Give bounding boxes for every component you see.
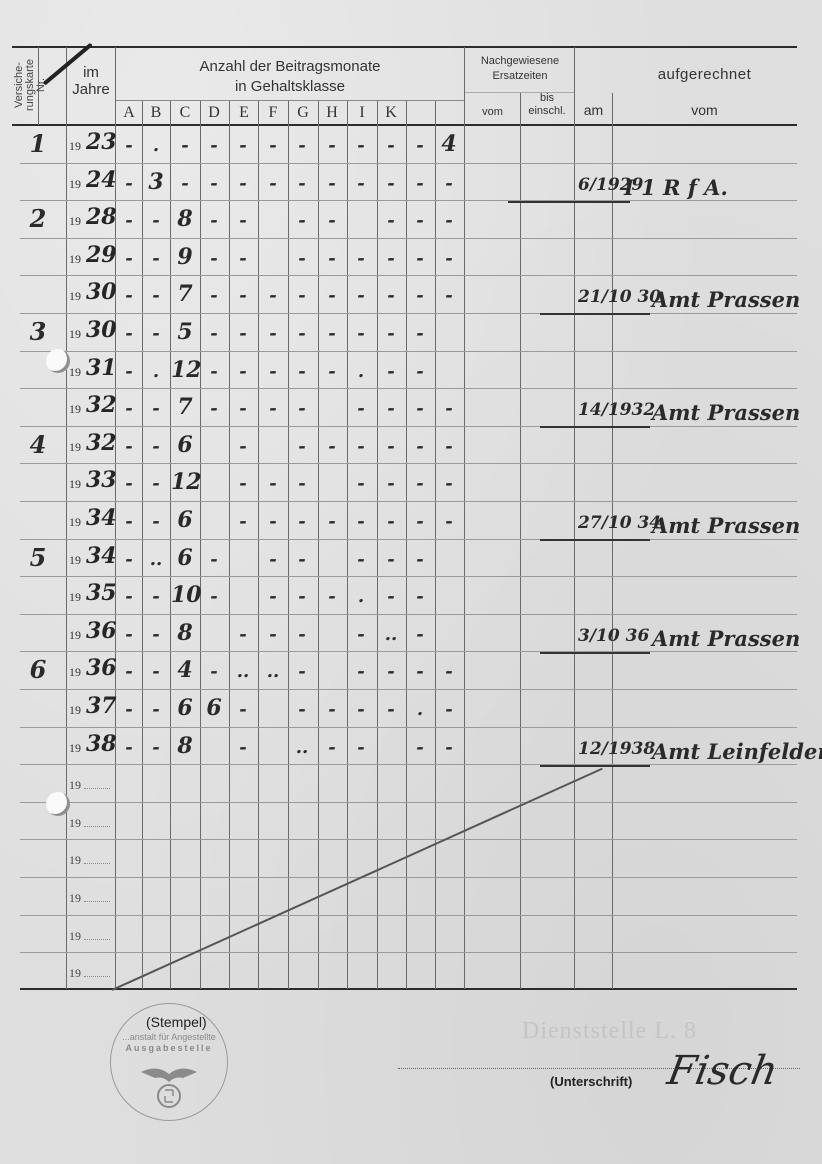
class-month-cell: - — [406, 285, 434, 306]
row-rule — [20, 463, 797, 464]
class-month-cell: - — [435, 285, 463, 306]
class-month-cell: - — [229, 473, 257, 494]
class-month-cell: - — [377, 586, 405, 607]
class-month-cell: - — [142, 586, 170, 607]
class-month-cell: 9 — [171, 244, 199, 270]
class-month-cell: - — [347, 511, 375, 532]
class-month-cell: - — [259, 173, 287, 194]
class-month-cell: - — [115, 210, 143, 231]
substitute-to-line1: bis — [520, 92, 574, 105]
class-month-cell: - — [288, 210, 316, 231]
class-month-cell: - — [142, 473, 170, 494]
calculated-by-header: vom — [612, 102, 797, 118]
year-prefix: 19 — [69, 665, 81, 680]
class-month-cell: - — [347, 248, 375, 269]
class-month-cell: - — [115, 586, 143, 607]
class-E: E — [230, 104, 258, 122]
row-rule — [20, 952, 797, 953]
class-month-cell: - — [200, 398, 228, 419]
year-prefix: 19 — [69, 590, 81, 605]
class-month-cell: - — [377, 210, 405, 231]
class-month-cell: - — [347, 135, 375, 156]
contribution-months-header: Anzahl der Beitragsmonate in Gehaltsklas… — [115, 57, 465, 97]
year-prefix: 19 — [69, 628, 81, 643]
class-month-cell: - — [200, 323, 228, 344]
class-month-cell: - — [142, 661, 170, 682]
calculation-office: Amt Leinfelden — [652, 739, 822, 764]
row-rule — [20, 802, 797, 803]
class-month-cell: - — [115, 398, 143, 419]
class-month-cell: 7 — [171, 394, 199, 420]
row-rule — [20, 163, 797, 164]
col-divider — [200, 101, 201, 989]
year-value: 30 — [86, 317, 117, 343]
substitute-from-header: vom — [465, 106, 520, 118]
signature-label: (Unterschrift) — [550, 1074, 632, 1089]
class-month-cell: - — [406, 549, 434, 570]
class-month-cell: 4 — [171, 657, 199, 683]
faded-office-stamp: Dienststelle L. 8 — [522, 1018, 697, 1045]
class-month-cell: - — [406, 737, 434, 758]
year-prefix: 19 — [69, 289, 81, 304]
substitute-to-header: bis einschl. — [520, 92, 574, 118]
year-prefix: 19 — [69, 515, 81, 530]
class-month-cell: - — [259, 624, 287, 645]
col-divider — [229, 101, 230, 989]
card-number: 3 — [18, 317, 58, 346]
class-month-cell: - — [435, 436, 463, 457]
class-month-cell: - — [288, 624, 316, 645]
class-month-cell: - — [115, 661, 143, 682]
col-divider — [258, 101, 259, 989]
class-month-cell: - — [318, 173, 346, 194]
class-month-cell: - — [115, 285, 143, 306]
row-rule — [20, 351, 797, 352]
col-divider — [288, 101, 289, 989]
class-month-cell: - — [229, 511, 257, 532]
class-month-cell: - — [200, 549, 228, 570]
row-rule — [20, 275, 797, 276]
class-month-cell: - — [142, 737, 170, 758]
class-month-cell: - — [115, 549, 143, 570]
row-rule — [20, 614, 797, 615]
class-month-cell: 8 — [171, 620, 199, 646]
class-month-cell: - — [115, 135, 143, 156]
substitute-to-line2: einschl. — [520, 105, 574, 118]
class-month-cell: - — [288, 661, 316, 682]
class-month-cell: - — [435, 511, 463, 532]
card-number: 2 — [18, 204, 58, 233]
contribution-header-line1: Anzahl der Beitragsmonate — [115, 57, 465, 77]
year-value: 23 — [86, 129, 117, 155]
year-blank-dots — [84, 788, 110, 789]
class-month-cell: - — [377, 361, 405, 382]
year-prefix: 19 — [69, 816, 81, 831]
class-month-cell: - — [259, 135, 287, 156]
class-month-cell: - — [406, 473, 434, 494]
calculation-office: Amt Prassen — [652, 287, 800, 312]
class-month-cell: . — [406, 699, 434, 720]
class-month-cell: - — [377, 549, 405, 570]
class-month-cell: - — [115, 699, 143, 720]
class-month-cell: - — [318, 135, 346, 156]
year-prefix: 19 — [69, 327, 81, 342]
year-value: 34 — [86, 505, 117, 531]
class-month-cell: - — [115, 737, 143, 758]
row-rule — [20, 727, 797, 728]
handwritten-signature: Fisch — [664, 1048, 781, 1094]
class-month-cell: - — [200, 661, 228, 682]
class-month-cell: - — [377, 473, 405, 494]
class-month-cell: - — [347, 661, 375, 682]
class-month-cell: - — [406, 661, 434, 682]
class-month-cell: - — [259, 323, 287, 344]
year-prefix: 19 — [69, 365, 81, 380]
year-prefix: 19 — [69, 252, 81, 267]
contribution-header-line2: in Gehaltsklasse — [115, 77, 465, 97]
class-month-cell: - — [288, 285, 316, 306]
class-month-cell: 6 — [171, 507, 199, 533]
card-number: 4 — [18, 430, 58, 459]
class-month-cell: - — [229, 699, 257, 720]
top-rule — [12, 46, 797, 48]
row-rule — [20, 915, 797, 916]
class-month-cell: - — [347, 549, 375, 570]
calculation-office: Amt Prassen — [652, 513, 800, 538]
class-month-cell: - — [406, 511, 434, 532]
class-C: C — [171, 104, 199, 122]
year-prefix: 19 — [69, 440, 81, 455]
year-value: 24 — [86, 167, 117, 193]
class-month-cell: - — [229, 135, 257, 156]
class-month-cell: - — [377, 285, 405, 306]
class-A: A — [115, 104, 143, 122]
year-blank-dots — [84, 863, 110, 864]
year-value: 36 — [86, 655, 117, 681]
class-month-cell: - — [318, 436, 346, 457]
year-prefix: 19 — [69, 853, 81, 868]
class-month-cell: - — [406, 135, 434, 156]
class-month-cell: 5 — [171, 319, 199, 345]
class-month-cell: - — [171, 173, 199, 194]
class-month-cell: - — [171, 135, 199, 156]
year-blank-dots — [84, 939, 110, 940]
year-prefix: 19 — [69, 703, 81, 718]
class-month-cell: - — [288, 436, 316, 457]
card-number: 1 — [18, 129, 58, 158]
class-month-cell: - — [347, 436, 375, 457]
card-header-line: Versiche- rungskarte Nr. — [13, 59, 47, 111]
class-month-cell: - — [115, 323, 143, 344]
class-month-cell: - — [347, 624, 375, 645]
class-month-cell: - — [377, 511, 405, 532]
class-month-cell: - — [115, 511, 143, 532]
class-month-cell: - — [318, 699, 346, 720]
class-F: F — [259, 104, 287, 122]
class-month-cell: 3 — [142, 169, 170, 195]
class-K: K — [377, 104, 405, 122]
card-number-header: Versiche- rungskarte Nr. — [14, 48, 38, 122]
row-rule — [20, 764, 797, 765]
year-prefix: 19 — [69, 741, 81, 756]
class-month-cell: - — [229, 210, 257, 231]
year-value: 29 — [86, 242, 117, 268]
calculation-office: Amt Prassen — [652, 626, 800, 651]
calculation-underline — [540, 426, 650, 428]
row-rule — [20, 839, 797, 840]
class-month-cell: - — [406, 436, 434, 457]
card-number: 6 — [18, 655, 58, 684]
class-month-cell: - — [347, 699, 375, 720]
year-value: 30 — [86, 279, 117, 305]
class-month-cell: .. — [377, 624, 405, 645]
class-month-cell: - — [142, 624, 170, 645]
class-month-cell: - — [288, 473, 316, 494]
year-value: 32 — [86, 430, 117, 456]
class-month-cell: - — [377, 699, 405, 720]
class-month-cell: - — [142, 436, 170, 457]
calculation-date: 14/1932 — [578, 400, 655, 420]
class-month-cell: - — [229, 248, 257, 269]
class-month-cell: 10 — [171, 582, 199, 608]
year-prefix: 19 — [69, 214, 81, 229]
class-month-cell: - — [229, 173, 257, 194]
year-prefix: 19 — [69, 553, 81, 568]
year-prefix: 19 — [69, 477, 81, 492]
class-month-cell: - — [259, 361, 287, 382]
calculation-date: 12/1938 — [578, 739, 655, 759]
class-month-cell: 12 — [171, 469, 199, 495]
class-month-cell: - — [288, 699, 316, 720]
class-month-cell: - — [229, 624, 257, 645]
year-prefix: 19 — [69, 402, 81, 417]
class-month-cell: - — [406, 248, 434, 269]
class-month-cell: . — [142, 135, 170, 156]
class-month-cell: - — [406, 398, 434, 419]
class-month-cell: - — [288, 549, 316, 570]
class-month-cell: - — [347, 737, 375, 758]
class-month-cell: - — [377, 135, 405, 156]
calculation-office: Amt Prassen — [652, 400, 800, 425]
class-month-cell: - — [229, 737, 257, 758]
class-month-cell: - — [229, 285, 257, 306]
class-month-cell: - — [259, 549, 287, 570]
punch-hole — [46, 792, 70, 816]
stamp-text-line1: ...anstalt für Angestellte — [111, 1032, 227, 1043]
calculation-underline — [540, 652, 650, 654]
row-rule — [20, 426, 797, 427]
calculation-date: 3/10 36 — [578, 626, 649, 646]
substitute-header-line1: Nachgewiesene — [465, 54, 575, 69]
calculation-underline — [508, 201, 630, 203]
class-month-cell: - — [115, 248, 143, 269]
class-month-cell: - — [318, 248, 346, 269]
class-month-cell: 8 — [171, 733, 199, 759]
class-B: B — [142, 104, 170, 122]
substitute-header-line2: Ersatzeiten — [465, 69, 575, 84]
year-value: 37 — [86, 693, 117, 719]
row-rule — [20, 689, 797, 690]
row-rule — [20, 651, 797, 652]
col-divider — [142, 101, 143, 989]
class-month-cell: - — [347, 473, 375, 494]
class-month-cell: - — [406, 361, 434, 382]
class-month-cell: - — [318, 586, 346, 607]
year-prefix: 19 — [69, 177, 81, 192]
class-month-cell: - — [229, 323, 257, 344]
class-month-cell: - — [435, 173, 463, 194]
class-month-cell: - — [115, 624, 143, 645]
calculated-on-header: am — [575, 102, 612, 118]
col-divider — [520, 93, 521, 989]
class-I: I — [348, 104, 376, 122]
class-month-cell: - — [406, 173, 434, 194]
col-divider — [435, 101, 436, 989]
row-rule — [20, 877, 797, 878]
year-value: 31 — [86, 355, 117, 381]
calculation-date: 27/10 34 — [578, 513, 661, 533]
class-month-cell: - — [435, 661, 463, 682]
class-month-cell: - — [318, 285, 346, 306]
year-blank-dots — [84, 901, 110, 902]
year-blank-dots — [84, 976, 110, 977]
class-month-cell: - — [200, 135, 228, 156]
class-month-cell: - — [229, 398, 257, 419]
class-month-cell: - — [259, 285, 287, 306]
card-number: 5 — [18, 543, 58, 572]
col-divider — [347, 101, 348, 989]
class-month-cell: - — [318, 737, 346, 758]
class-month-cell: - — [142, 248, 170, 269]
class-month-cell: - — [142, 323, 170, 344]
eagle-emblem-icon — [139, 1060, 199, 1110]
header-bottom-rule — [12, 124, 797, 126]
class-month-cell: .. — [142, 549, 170, 570]
row-rule — [20, 501, 797, 502]
class-subheader-rule — [115, 100, 465, 101]
class-month-cell: 6 — [171, 432, 199, 458]
class-month-cell: - — [406, 210, 434, 231]
class-month-cell: - — [288, 361, 316, 382]
class-month-cell: - — [259, 586, 287, 607]
year-header-line1: im — [67, 64, 115, 81]
class-month-cell: - — [142, 398, 170, 419]
year-prefix: 19 — [69, 966, 81, 981]
class-month-cell: - — [377, 248, 405, 269]
class-month-cell: - — [142, 210, 170, 231]
class-month-cell: - — [347, 173, 375, 194]
year-prefix: 19 — [69, 139, 81, 154]
year-blank-dots — [84, 826, 110, 827]
stamp-text: ...anstalt für Angestellte Ausgabestelle — [111, 1032, 227, 1054]
calculation-date: 21/10 30 — [578, 287, 661, 307]
row-rule — [20, 313, 797, 314]
class-month-cell: . — [347, 361, 375, 382]
class-month-cell: 6 — [200, 695, 228, 721]
class-month-cell: - — [435, 473, 463, 494]
class-month-cell: - — [115, 361, 143, 382]
col-divider — [612, 93, 613, 989]
class-month-cell: - — [288, 173, 316, 194]
class-month-cell: - — [115, 473, 143, 494]
class-H: H — [318, 104, 346, 122]
year-value: 32 — [86, 392, 117, 418]
stamp-label: (Stempel) — [146, 1014, 207, 1030]
year-prefix: 19 — [69, 929, 81, 944]
col-divider — [66, 47, 67, 989]
year-value: 36 — [86, 618, 117, 644]
class-month-cell: - — [259, 398, 287, 419]
row-rule — [20, 238, 797, 239]
class-month-cell: - — [435, 699, 463, 720]
year-value: 35 — [86, 580, 117, 606]
class-month-cell: 7 — [171, 281, 199, 307]
class-month-cell: .. — [288, 737, 316, 758]
calculation-office: I 1 R f A. — [624, 175, 728, 200]
col-divider — [464, 47, 465, 989]
class-month-cell: - — [288, 135, 316, 156]
class-month-cell: - — [288, 511, 316, 532]
class-month-cell: - — [435, 737, 463, 758]
year-value: 28 — [86, 204, 117, 230]
calculated-header: aufgerechnet — [612, 66, 797, 83]
class-month-cell: - — [142, 699, 170, 720]
class-month-cell: - — [288, 398, 316, 419]
class-month-cell: 6 — [171, 695, 199, 721]
class-month-cell: - — [377, 661, 405, 682]
year-header-line2: Jahre — [67, 81, 115, 98]
class-month-cell: - — [406, 586, 434, 607]
class-month-cell: - — [200, 285, 228, 306]
class-month-cell: - — [229, 361, 257, 382]
class-month-cell: - — [259, 511, 287, 532]
class-month-cell: - — [288, 586, 316, 607]
year-prefix: 19 — [69, 778, 81, 793]
table-bottom-rule — [20, 988, 797, 990]
year-value: 38 — [86, 731, 117, 757]
class-month-cell: - — [200, 586, 228, 607]
class-month-cell: - — [377, 173, 405, 194]
punch-hole — [46, 349, 70, 373]
stamp-text-line2: Ausgabestelle — [111, 1043, 227, 1054]
class-month-cell: 4 — [435, 131, 463, 157]
class-month-cell: - — [318, 361, 346, 382]
class-month-cell: 8 — [171, 206, 199, 232]
row-rule — [20, 200, 797, 201]
class-month-cell: - — [377, 436, 405, 457]
col-divider — [574, 47, 575, 989]
col-divider — [377, 101, 378, 989]
class-month-cell: - — [435, 248, 463, 269]
row-rule — [20, 576, 797, 577]
class-month-cell: - — [259, 473, 287, 494]
class-month-cell: - — [406, 624, 434, 645]
class-month-cell: - — [377, 398, 405, 419]
row-rule — [20, 388, 797, 389]
year-prefix: 19 — [69, 891, 81, 906]
row-rule — [20, 539, 797, 540]
calculation-underline — [540, 313, 650, 315]
class-month-cell: - — [318, 511, 346, 532]
class-month-cell: - — [200, 361, 228, 382]
year-value: 33 — [86, 467, 117, 493]
class-month-cell: - — [142, 511, 170, 532]
class-month-cell: - — [435, 398, 463, 419]
class-month-cell: - — [229, 436, 257, 457]
class-month-cell: .. — [229, 661, 257, 682]
class-month-cell: .. — [259, 661, 287, 682]
class-month-cell: 6 — [171, 545, 199, 571]
